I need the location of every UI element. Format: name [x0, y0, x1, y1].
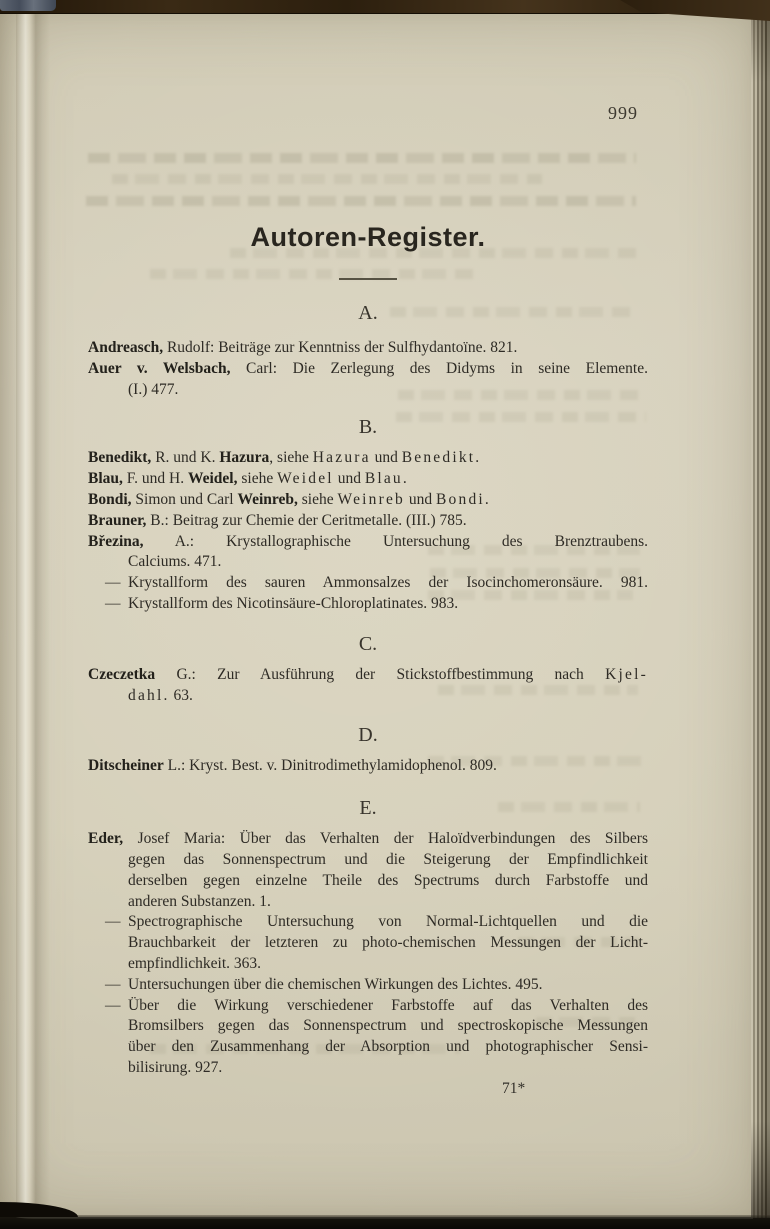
register-section: D.Ditscheiner L.: Kryst. Best. v. Dinitr… — [88, 722, 648, 777]
entry-segment: Ditscheiner — [88, 757, 164, 774]
register-section: C.Czeczetka G.: Zur Ausführung der Stick… — [88, 631, 648, 707]
entry-segment: R. und K. — [151, 449, 219, 466]
em-dash: — — [105, 996, 128, 1017]
entry-segment: Bromsilbers gegen das Sonnenspectrum und… — [128, 1017, 648, 1034]
entry-segment: A.: Krystallographische Untersuchung des… — [144, 533, 648, 550]
entry-segment: über den Zusammenhang der Absorption und… — [128, 1038, 648, 1055]
entry-segment: bilisirung. 927. — [128, 1059, 222, 1076]
entry-segment: Weidel — [277, 470, 334, 487]
entry-segment: dahl. — [128, 687, 170, 704]
entry-segment: F. und H. — [123, 470, 188, 487]
entry-segment: , siehe — [269, 449, 312, 466]
entry-segment: und — [371, 449, 402, 466]
entry-line: derselben gegen einzelne Theile des Spec… — [88, 871, 648, 892]
register-entry: Czeczetka G.: Zur Ausführung der Stickst… — [88, 665, 648, 707]
author-register: A.Andreasch, Rudolf: Beiträge zur Kenntn… — [88, 300, 648, 1079]
entry-line: —Über die Wirkung verschiedener Farbstof… — [88, 996, 648, 1017]
register-entry: Eder, Josef Maria: Über das Verhalten de… — [88, 829, 648, 912]
entry-segment: (I.) 477. — [128, 381, 178, 398]
entry-segment: Calciums. 471. — [128, 553, 221, 570]
entry-segment: Březina, — [88, 533, 144, 550]
entry-segment: B.: Beitrag zur Chemie der Ceritmetalle.… — [146, 512, 466, 529]
entry-segment: Simon und Carl — [132, 491, 238, 508]
register-section: E.Eder, Josef Maria: Über das Verhalten … — [88, 795, 648, 1079]
entry-line: Ditscheiner L.: Kryst. Best. v. Dinitrod… — [88, 756, 648, 777]
register-entry: —Untersuchungen über die chemischen Wirk… — [88, 975, 648, 996]
entry-line: Bromsilbers gegen das Sonnenspectrum und… — [88, 1016, 648, 1037]
section-letter: D. — [88, 722, 648, 748]
entry-segment: Weinreb — [337, 491, 405, 508]
register-entry: —Krystallform des sauren Ammonsalzes der… — [88, 573, 648, 594]
entry-segment: Eder, — [88, 830, 123, 847]
entry-line: Brauchbarkeit der letzteren zu photo-che… — [88, 933, 648, 954]
register-entry: Ditscheiner L.: Kryst. Best. v. Dinitrod… — [88, 756, 648, 777]
section-letter: A. — [88, 300, 648, 326]
entry-segment: Blau, — [88, 470, 123, 487]
page-number: 999 — [608, 103, 638, 124]
register-section: B.Benedikt, R. und K. Hazura, siehe Hazu… — [88, 414, 648, 614]
print-area: 999 Autoren-Register. A.Andreasch, Rudol… — [88, 12, 648, 1098]
entry-line: Eder, Josef Maria: Über das Verhalten de… — [88, 829, 648, 850]
entry-segment: Untersuchungen über die chemischen Wirku… — [128, 976, 542, 993]
entry-segment: Hazura — [313, 449, 371, 466]
entry-segment: Brauner, — [88, 512, 146, 529]
entry-segment: und — [405, 491, 436, 508]
entry-segment: L.: Kryst. Best. v. Dinitrodimethylamido… — [164, 757, 497, 774]
entry-segment: Hazura — [219, 449, 269, 466]
register-entry: —Krystallform des Nicotinsäure-Chloropla… — [88, 594, 648, 615]
entry-line: Czeczetka G.: Zur Ausführung der Stickst… — [88, 665, 648, 686]
entry-segment: siehe — [298, 491, 338, 508]
register-entry: Blau, F. und H. Weidel, siehe Weidel und… — [88, 469, 648, 490]
entry-segment: siehe — [237, 470, 277, 487]
entry-line: dahl. 63. — [88, 686, 648, 707]
entry-segment: Weidel, — [188, 470, 238, 487]
entry-segment: Weinreb, — [237, 491, 297, 508]
entry-segment: 63. — [170, 687, 193, 704]
entry-line: —Untersuchungen über die chemischen Wirk… — [88, 975, 648, 996]
entry-segment: Auer v. Welsbach, — [88, 360, 231, 377]
entry-line: —Krystallform des sauren Ammonsalzes der… — [88, 573, 648, 594]
entry-segment: Bondi. — [436, 491, 491, 508]
section-letter: E. — [88, 795, 648, 821]
entry-line: gegen das Sonnenspectrum und die Steiger… — [88, 850, 648, 871]
entry-segment: Blau. — [365, 470, 409, 487]
register-entry: —Über die Wirkung verschiedener Farbstof… — [88, 996, 648, 1079]
entry-line: Benedikt, R. und K. Hazura, siehe Hazura… — [88, 448, 648, 469]
register-entry: Březina, A.: Krystallographische Untersu… — [88, 532, 648, 574]
entry-segment: Benedikt. — [402, 449, 482, 466]
entry-line: Březina, A.: Krystallographische Untersu… — [88, 532, 648, 553]
entry-segment: derselben gegen einzelne Theile des Spec… — [128, 872, 648, 889]
entry-line: —Krystallform des Nicotinsäure-Chloropla… — [88, 594, 648, 615]
register-entry: Bondi, Simon und Carl Weinreb, siehe Wei… — [88, 490, 648, 511]
register-entry: Benedikt, R. und K. Hazura, siehe Hazura… — [88, 448, 648, 469]
entry-line: Calciums. 471. — [88, 552, 648, 573]
page: 999 Autoren-Register. A.Andreasch, Rudol… — [0, 12, 753, 1217]
entry-segment: Brauchbarkeit der letzteren zu photo-che… — [128, 934, 648, 951]
entry-segment: G.: Zur Ausführung der Stickstoffbestimm… — [155, 666, 605, 683]
entry-line: bilisirung. 927. — [88, 1058, 648, 1079]
register-entry: Andreasch, Rudolf: Beiträge zur Kenntnis… — [88, 338, 648, 359]
entry-line: Andreasch, Rudolf: Beiträge zur Kenntnis… — [88, 338, 648, 359]
entry-line: Auer v. Welsbach, Carl: Die Zerlegung de… — [88, 359, 648, 380]
book-cover-edge-bottom — [0, 1215, 770, 1229]
register-section: A.Andreasch, Rudolf: Beiträge zur Kenntn… — [88, 300, 648, 400]
em-dash: — — [105, 912, 128, 933]
entry-segment: Czeczetka — [88, 666, 155, 683]
entry-segment: Kjel- — [605, 666, 648, 683]
entry-segment: Rudolf: Beiträge zur Kenntniss der Sulfh… — [163, 339, 517, 356]
entry-segment: Krystallform des sauren Ammonsalzes der … — [128, 574, 648, 591]
entry-segment: Krystallform des Nicotinsäure-Chloroplat… — [128, 595, 458, 612]
entry-line: —Spectrographische Untersuchung von Norm… — [88, 912, 648, 933]
entry-line: empfindlichkeit. 363. — [88, 954, 648, 975]
entry-line: Bondi, Simon und Carl Weinreb, siehe Wei… — [88, 490, 648, 511]
entry-line: über den Zusammenhang der Absorption und… — [88, 1037, 648, 1058]
em-dash: — — [105, 594, 128, 615]
section-letter: B. — [88, 414, 648, 440]
register-entry: —Spectrographische Untersuchung von Norm… — [88, 912, 648, 974]
page-edge-stack — [751, 10, 770, 1218]
entry-segment: und — [334, 470, 365, 487]
entry-segment: Andreasch, — [88, 339, 163, 356]
entry-segment: Spectrographische Untersuchung von Norma… — [128, 913, 648, 930]
entry-segment: Josef Maria: Über das Verhalten der Halo… — [123, 830, 648, 847]
entry-segment: empfindlichkeit. 363. — [128, 955, 261, 972]
entry-line: (I.) 477. — [88, 380, 648, 401]
entry-segment: anderen Substanzen. 1. — [128, 893, 271, 910]
entry-segment: Bondi, — [88, 491, 132, 508]
entry-segment: Über die Wirkung verschiedener Farbstoff… — [128, 997, 648, 1014]
title-rule — [339, 278, 397, 280]
page-gutter-fold — [16, 12, 50, 1217]
em-dash: — — [105, 573, 128, 594]
entry-segment: gegen das Sonnenspectrum und die Steiger… — [128, 851, 648, 868]
entry-segment: Carl: Die Zerlegung des Didyms in seine … — [231, 360, 649, 377]
book-spine-fragment — [0, 0, 56, 11]
entry-line: anderen Substanzen. 1. — [88, 892, 648, 913]
signature-mark: 71* — [88, 1080, 648, 1098]
scanned-book-page: 999 Autoren-Register. A.Andreasch, Rudol… — [0, 0, 770, 1229]
section-letter: C. — [88, 631, 648, 657]
register-entry: Auer v. Welsbach, Carl: Die Zerlegung de… — [88, 359, 648, 401]
register-entry: Brauner, B.: Beitrag zur Chemie der Ceri… — [88, 511, 648, 532]
entry-line: Brauner, B.: Beitrag zur Chemie der Ceri… — [88, 511, 648, 532]
page-title: Autoren-Register. — [88, 222, 648, 253]
em-dash: — — [105, 975, 128, 996]
entry-line: Blau, F. und H. Weidel, siehe Weidel und… — [88, 469, 648, 490]
entry-segment: Benedikt, — [88, 449, 151, 466]
